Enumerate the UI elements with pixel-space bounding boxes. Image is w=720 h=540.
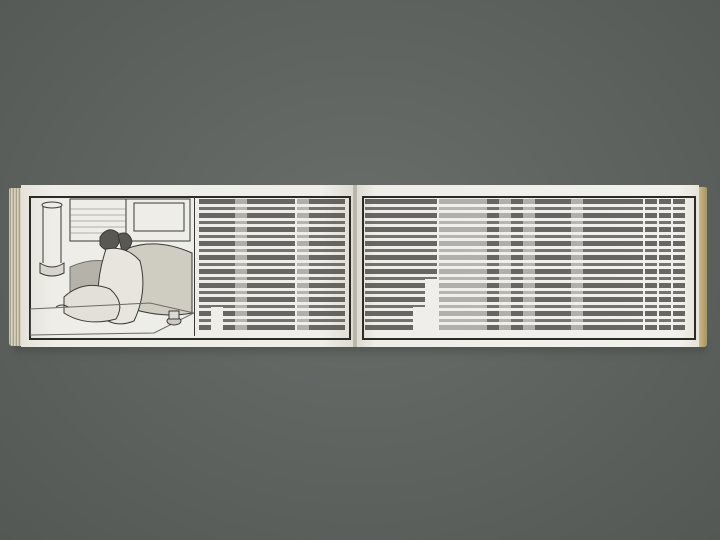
text-column bbox=[283, 199, 295, 331]
text-column bbox=[583, 199, 595, 331]
text-column bbox=[333, 199, 345, 331]
illustration-icon bbox=[30, 197, 194, 336]
text-column bbox=[309, 199, 321, 331]
text-column bbox=[259, 199, 271, 331]
text-column bbox=[673, 199, 685, 331]
text-column bbox=[595, 199, 607, 331]
text-column bbox=[211, 199, 223, 307]
text-column bbox=[365, 199, 377, 331]
text-column bbox=[451, 199, 463, 331]
text-column bbox=[475, 199, 487, 331]
text-column bbox=[223, 199, 235, 331]
woodblock-illustration bbox=[30, 197, 195, 336]
open-book: Open Japanese woodblock-printed book (eh… bbox=[9, 185, 707, 349]
text-column bbox=[559, 199, 571, 331]
text-column bbox=[607, 199, 619, 331]
text-column bbox=[401, 199, 413, 331]
text-column bbox=[571, 199, 583, 331]
text-column bbox=[247, 199, 259, 331]
text-column bbox=[413, 199, 425, 307]
text-column bbox=[439, 199, 451, 331]
text-column bbox=[199, 199, 211, 331]
text-column bbox=[487, 199, 499, 331]
text-column bbox=[659, 199, 671, 331]
text-column bbox=[535, 199, 547, 331]
text-column bbox=[511, 199, 523, 331]
text-column bbox=[499, 199, 511, 331]
text-column bbox=[425, 199, 437, 279]
book-gutter bbox=[353, 185, 357, 347]
text-column bbox=[377, 199, 389, 331]
text-column bbox=[619, 199, 631, 331]
text-column bbox=[389, 199, 401, 331]
text-column bbox=[631, 199, 643, 331]
text-column bbox=[321, 199, 333, 331]
text-column bbox=[235, 199, 247, 331]
text-column bbox=[271, 199, 283, 331]
text-column bbox=[645, 199, 657, 331]
text-column bbox=[547, 199, 559, 331]
text-column bbox=[463, 199, 475, 331]
text-column bbox=[523, 199, 535, 331]
text-column bbox=[297, 199, 309, 331]
